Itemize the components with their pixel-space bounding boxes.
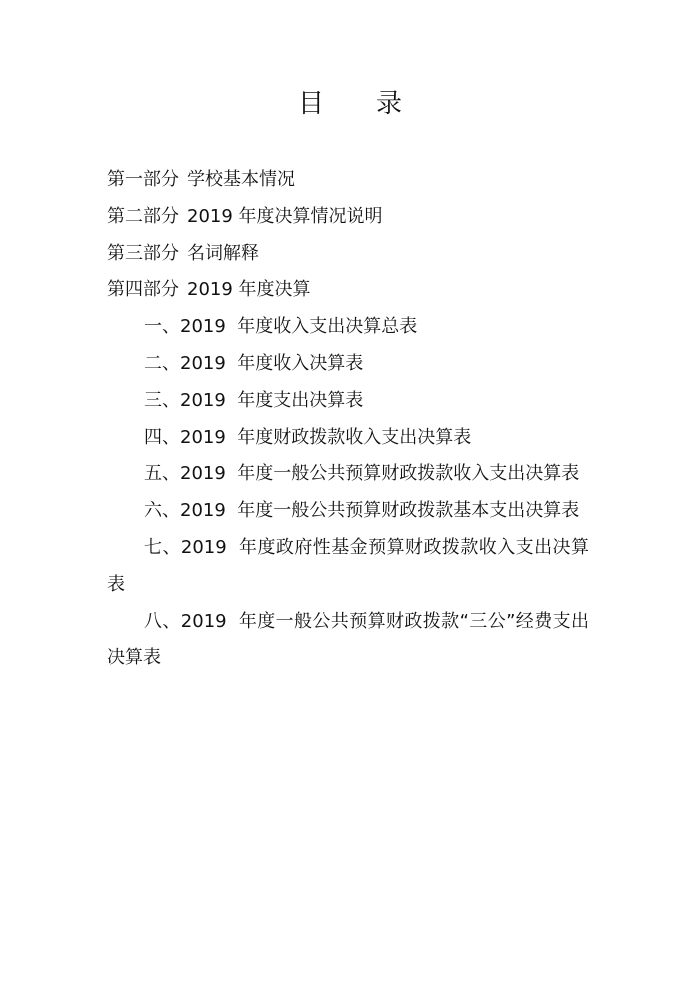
toc-part-text: 学校基本情况 bbox=[187, 169, 295, 190]
toc-part-text: 名词解释 bbox=[187, 243, 259, 264]
toc-item-5[interactable]: 五、2019 年度一般公共预算财政拨款收入支出决算表 bbox=[107, 456, 589, 493]
toc-part-2[interactable]: 第二部分2019 年度决算情况说明 bbox=[107, 199, 589, 236]
toc-part-4[interactable]: 第四部分2019 年度决算 bbox=[107, 272, 589, 309]
toc-part-3[interactable]: 第三部分名词解释 bbox=[107, 236, 589, 273]
title-char-2: 录 bbox=[376, 84, 402, 124]
toc-part-label: 第四部分 bbox=[107, 279, 179, 300]
toc-part-1[interactable]: 第一部分学校基本情况 bbox=[107, 162, 589, 199]
toc-part-label: 第三部分 bbox=[107, 243, 179, 264]
page-title: 目录 bbox=[0, 84, 700, 124]
toc-item-3[interactable]: 三、2019 年度支出决算表 bbox=[107, 383, 589, 420]
title-char-1: 目 bbox=[298, 84, 324, 124]
toc-item-6[interactable]: 六、2019 年度一般公共预算财政拨款基本支出决算表 bbox=[107, 493, 589, 530]
toc-item-4[interactable]: 四、2019 年度财政拨款收入支出决算表 bbox=[107, 420, 589, 457]
toc-part-text: 2019 年度决算情况说明 bbox=[187, 206, 383, 227]
toc-item-7[interactable]: 七、2019 年度政府性基金预算财政拨款收入支出决算表 bbox=[107, 530, 589, 604]
toc-part-text: 2019 年度决算 bbox=[187, 279, 311, 300]
toc-part-label: 第二部分 bbox=[107, 206, 179, 227]
table-of-contents: 第一部分学校基本情况 第二部分2019 年度决算情况说明 第三部分名词解释 第四… bbox=[107, 162, 589, 677]
toc-part-label: 第一部分 bbox=[107, 169, 179, 190]
toc-item-2[interactable]: 二、2019 年度收入决算表 bbox=[107, 346, 589, 383]
toc-item-8[interactable]: 八、2019 年度一般公共预算财政拨款“三公”经费支出决算表 bbox=[107, 604, 589, 678]
toc-item-1[interactable]: 一、2019 年度收入支出决算总表 bbox=[107, 309, 589, 346]
